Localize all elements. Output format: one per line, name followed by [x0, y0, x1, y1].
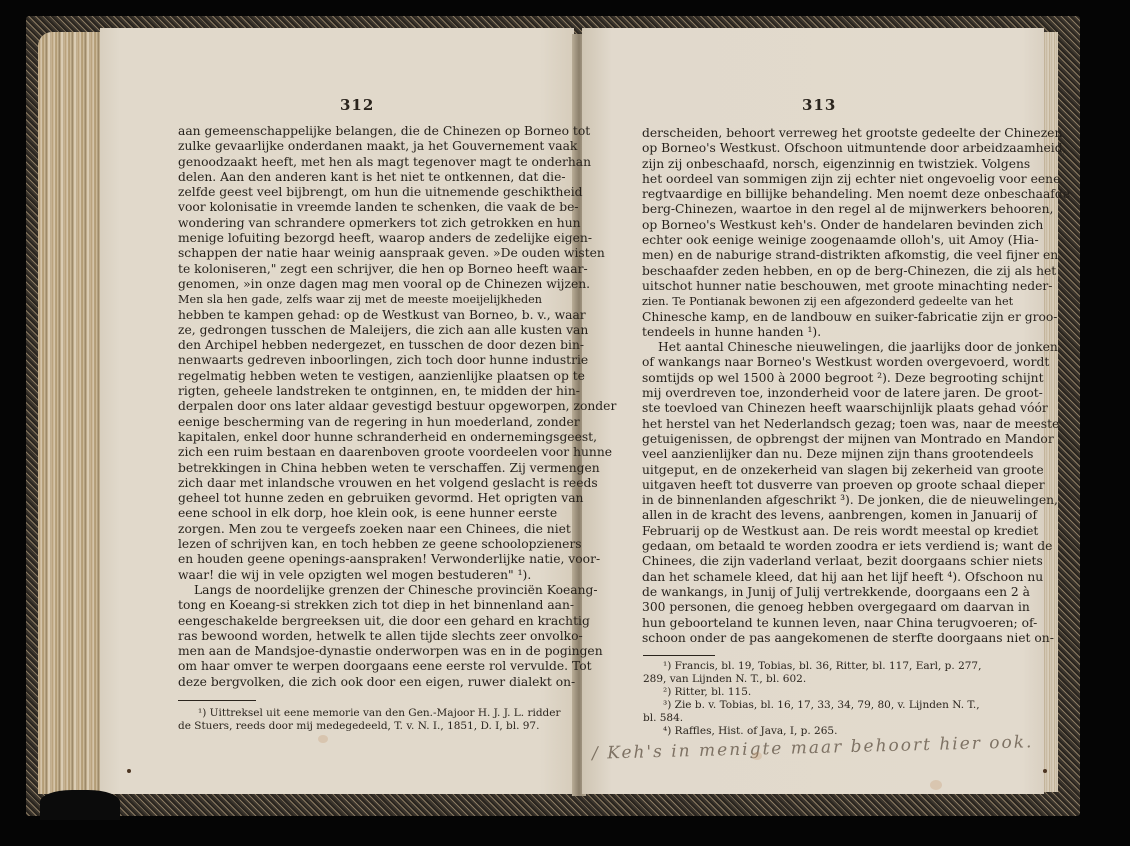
text-line: derscheiden, behoort verreweg het groots… [642, 126, 997, 141]
text-line: echter ook eenige weinige zoogenaamde ol… [642, 233, 997, 248]
footnote-line: ³) Zie b. v. Tobias, bl. 16, 17, 33, 34,… [643, 699, 999, 712]
paper-stain [318, 735, 328, 743]
text-line: zorgen. Men zou te vergeefs zoeken naar … [178, 522, 542, 537]
text-line: nenwaarts gedreven inboorlingen, zich to… [178, 353, 542, 368]
text-line: somtijds op wel 1500 à 2000 begroot ²). … [642, 371, 997, 386]
left-page-body: aan gemeenschappelijke belangen, die de … [178, 124, 542, 690]
text-line: hun geboorteland te kunnen leven, naar C… [642, 616, 997, 631]
text-line: lezen of schrijven kan, en toch hebben z… [178, 537, 542, 552]
text-line: kapitalen, enkel door hunne schranderhei… [178, 430, 542, 445]
text-line: de wankangs, in Junij of Julij vertrekke… [642, 585, 997, 600]
text-line: en houden geene openings-aanspraken! Ver… [178, 552, 542, 567]
text-line: waar! die wij in vele opzigten wel mogen… [178, 568, 542, 583]
left-footnote-rule [178, 700, 256, 701]
text-line: wondering van schrandere opmerkers tot z… [178, 216, 542, 231]
paper-stain [930, 780, 942, 790]
text-line: het herstel van het Nederlandsch gezag; … [642, 417, 997, 432]
text-line: Chinees, die zijn vaderland verlaat, bez… [642, 554, 997, 569]
text-line: dan het schamele kleed, dat hij aan het … [642, 570, 997, 585]
left-page-footnotes: ¹) Uittreksel uit eene memorie van den G… [178, 707, 542, 733]
text-line: mij overdreven toe, inzonderheid voor de… [642, 386, 997, 401]
text-line: delen. Aan den anderen kant is het niet … [178, 170, 542, 185]
text-line: zich een ruim bestaan en daarenboven gro… [178, 445, 542, 460]
page-edges-left [38, 32, 102, 794]
text-line: tendeels in hunne handen ¹). [642, 325, 997, 340]
text-line: zich daar met inlandsche vrouwen en het … [178, 476, 542, 491]
text-line: hebben te kampen gehad: op de Westkust v… [178, 308, 542, 323]
text-line: rigten, geheele landstreken te ontginnen… [178, 384, 542, 399]
text-line: eenige bescherming van de regering in hu… [178, 415, 542, 430]
text-line: op Borneo's Westkust keh's. Onder de han… [642, 218, 997, 233]
text-line: of wankangs naar Borneo's Westkust worde… [642, 355, 997, 370]
footnote-line: 289, van Lijnden N. T., bl. 602. [643, 673, 999, 686]
text-line: gedaan, om betaald te worden zoodra er i… [642, 539, 997, 554]
text-line: in de binnenlanden afgeschrikt ³). De jo… [642, 493, 997, 508]
text-line: zijn zij onbeschaafd, norsch, eigenzinni… [642, 157, 997, 172]
text-line: Het aantal Chinesche nieuwelingen, die j… [642, 340, 997, 355]
text-line: eengeschakelde bergreeksen uit, die door… [178, 614, 542, 629]
text-line: zulke gevaarlijke onderdanen maakt, ja h… [178, 139, 542, 154]
text-line: op Borneo's Westkust. Ofschoon uitmunten… [642, 141, 997, 156]
text-line: voor kolonisatie in vreemde landen te sc… [178, 200, 542, 215]
text-line: beschaafder zeden hebben, en op de berg-… [642, 264, 997, 279]
text-line: betrekkingen in China hebben weten te ve… [178, 461, 542, 476]
footnote-line: de Stuers, reeds door mij medegedeeld, T… [178, 720, 542, 733]
text-line: schoon onder de pas aangekomenen de ster… [642, 631, 997, 646]
paper-speck [1043, 769, 1047, 773]
text-line: uitschot hunner natie beschouwen, met gr… [642, 279, 997, 294]
text-line: berg-Chinezen, waartoe in den regel al d… [642, 202, 997, 217]
text-line: veel aanzienlijker dan nu. Deze mijnen z… [642, 447, 997, 462]
right-footnote-rule [643, 655, 715, 656]
text-line: ste toevloed van Chinezen heeft waarschi… [642, 401, 997, 416]
text-line: regtvaardige en billijke behandeling. Me… [642, 187, 997, 202]
text-line: 300 personen, die genoeg hebben overgega… [642, 600, 997, 615]
text-line: genoodzaakt heeft, met hen als magt tege… [178, 155, 542, 170]
text-line: ras bewoond worden, hetwelk te allen tij… [178, 629, 542, 644]
text-line: den Archipel hebben nedergezet, en tussc… [178, 338, 542, 353]
text-line: geheel tot hunne zeden en gebruiken gevo… [178, 491, 542, 506]
footnote-line: bl. 584. [643, 712, 999, 725]
text-line: te koloniseren," zegt een schrijver, die… [178, 262, 542, 277]
text-line: menige lofuiting bezorgd heeft, waarop a… [178, 231, 542, 246]
text-line: getuigenissen, de opbrengst der mijnen v… [642, 432, 997, 447]
text-line: zelfde geest veel bijbrengt, om hun die … [178, 185, 542, 200]
footnote-line: ¹) Francis, bl. 19, Tobias, bl. 36, Ritt… [643, 660, 999, 673]
text-line: Februarij op de Westkust aan. De reis wo… [642, 524, 997, 539]
page-corner-shadow [40, 790, 120, 820]
text-line: men aan de Mandsjoe-dynastie onderworpen… [178, 644, 542, 659]
text-line: eene school in elk dorp, hoe klein ook, … [178, 506, 542, 521]
text-line: Langs de noordelijke grenzen der Chinesc… [178, 583, 542, 598]
text-line: Chinesche kamp, en de landbouw en suiker… [642, 310, 997, 325]
text-line: men) en de naburige strand-distrikten af… [642, 248, 997, 263]
left-page-number: 312 [340, 96, 374, 114]
right-page-body: derscheiden, behoort verreweg het groots… [642, 126, 997, 646]
text-line: het oordeel van sommigen zijn zij echter… [642, 172, 997, 187]
right-page-number: 313 [802, 96, 836, 114]
text-line: aan gemeenschappelijke belangen, die de … [178, 124, 542, 139]
text-line: derpalen door ons later aldaar gevestigd… [178, 399, 542, 414]
text-line: regelmatig hebben weten te vestigen, aan… [178, 369, 542, 384]
footnote-line: ¹) Uittreksel uit eene memorie van den G… [178, 707, 542, 720]
footnote-line: ²) Ritter, bl. 115. [643, 686, 999, 699]
text-line: genomen, »in onze dagen mag men vooral o… [178, 277, 542, 292]
text-line: om haar omver te werpen doorgaans eene e… [178, 659, 542, 674]
text-line: zien. Te Pontianak bewonen zij een afgez… [642, 294, 997, 309]
text-line: Men sla hen gade, zelfs waar zij met de … [178, 292, 542, 307]
text-line: ze, gedrongen tusschen de Maleijers, die… [178, 323, 542, 338]
text-line: uitgeput, en de onzekerheid van slagen b… [642, 463, 997, 478]
text-line: schappen der natie haar weinig aanspraak… [178, 246, 542, 261]
text-line: allen in de kracht des levens, aanbrenge… [642, 508, 997, 523]
paper-speck [127, 769, 131, 773]
right-page-footnotes: ¹) Francis, bl. 19, Tobias, bl. 36, Ritt… [643, 660, 999, 738]
text-line: deze bergvolken, die zich ook door een e… [178, 675, 542, 690]
text-line: uitgaven heeft tot dusverre van proeven … [642, 478, 997, 493]
paper-stain [752, 752, 762, 760]
text-line: tong en Koeang-si strekken zich tot diep… [178, 598, 542, 613]
